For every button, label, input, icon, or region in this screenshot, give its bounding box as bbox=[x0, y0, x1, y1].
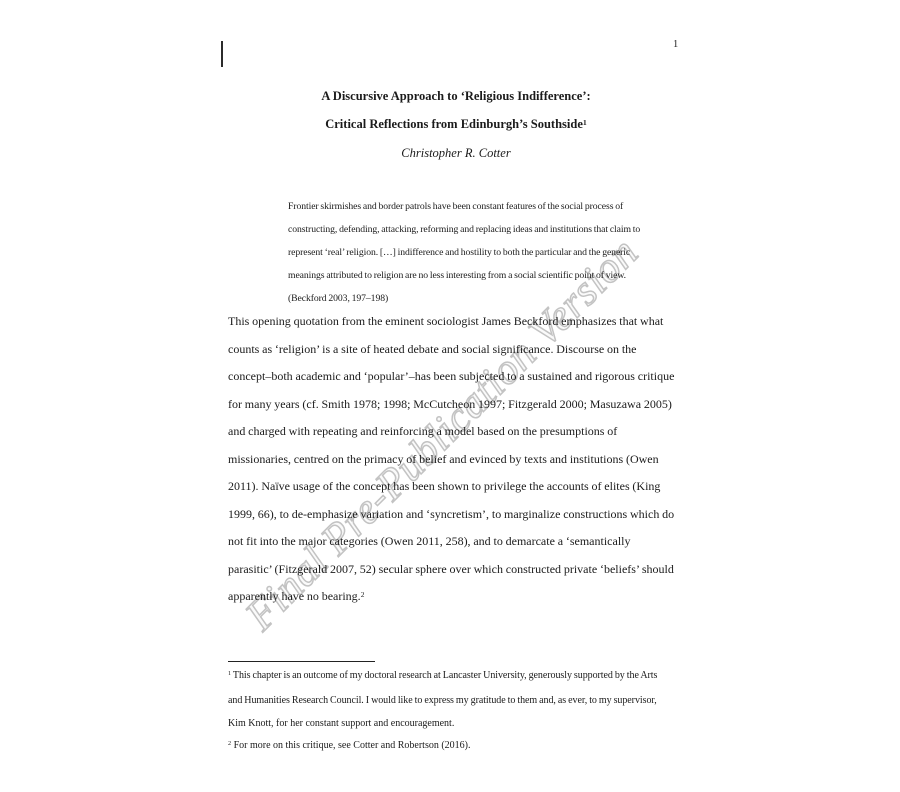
paper-title-line2-text: Critical Reflections from Edinburgh’s So… bbox=[325, 117, 583, 131]
body-line: This opening quotation from the eminent … bbox=[228, 308, 674, 336]
body-line: for many years (cf. Smith 1978; 1998; Mc… bbox=[228, 391, 674, 419]
quote-line: meanings attributed to religion are no l… bbox=[288, 264, 640, 287]
author-name: Christopher R. Cotter bbox=[228, 146, 684, 161]
footnote-line: 2 For more on this critique, see Cotter … bbox=[228, 734, 471, 759]
body-closing-text: apparently have no bearing. bbox=[228, 589, 361, 603]
footnote-separator bbox=[228, 661, 375, 662]
body-line: and charged with repeating and reinforci… bbox=[228, 418, 674, 446]
paper-title-line2: Critical Reflections from Edinburgh’s So… bbox=[228, 117, 684, 133]
block-quote: Frontier skirmishes and border patrols h… bbox=[288, 195, 640, 310]
footnote-2: 2 For more on this critique, see Cotter … bbox=[228, 734, 471, 759]
footnote-line: 1 This chapter is an outcome of my docto… bbox=[228, 664, 657, 689]
body-line: concept–both academic and ‘popular’–has … bbox=[228, 363, 674, 391]
footnote-1-text: This chapter is an outcome of my doctora… bbox=[233, 670, 657, 681]
body-line: parasitic’ (Fitzgerald 2007, 52) secular… bbox=[228, 556, 674, 584]
footnote-2-text: For more on this critique, see Cotter an… bbox=[234, 740, 471, 751]
body-footnote-marker: 2 bbox=[361, 590, 365, 599]
page-number: 1 bbox=[673, 39, 678, 50]
footnote-2-marker: 2 bbox=[228, 740, 231, 747]
footnote-1-marker: 1 bbox=[228, 670, 231, 677]
body-line: 1999, 66), to de-emphasize variation and… bbox=[228, 501, 674, 529]
body-line: counts as ‘religion’ is a site of heated… bbox=[228, 336, 674, 364]
body-line: 2011). Naïve usage of the concept has be… bbox=[228, 473, 674, 501]
document-page: Final Pre-Publication Version 1 A Discur… bbox=[0, 0, 900, 792]
paper-title-line1: A Discursive Approach to ‘Religious Indi… bbox=[228, 89, 684, 104]
footnote-line: Kim Knott, for her constant support and … bbox=[228, 712, 657, 736]
quote-citation: (Beckford 2003, 197–198) bbox=[288, 287, 640, 310]
quote-line: Frontier skirmishes and border patrols h… bbox=[288, 195, 640, 218]
quote-line: represent ‘real’ religion. […] indiffere… bbox=[288, 241, 640, 264]
body-line: not fit into the major categories (Owen … bbox=[228, 528, 674, 556]
body-paragraph: This opening quotation from the eminent … bbox=[228, 308, 674, 612]
margin-cursor-line bbox=[221, 41, 223, 67]
body-line: missionaries, centred on the primacy of … bbox=[228, 446, 674, 474]
footnote-1: 1 This chapter is an outcome of my docto… bbox=[228, 664, 657, 736]
title-footnote-marker: 1 bbox=[583, 118, 587, 127]
footnote-line: and Humanities Research Council. I would… bbox=[228, 689, 657, 713]
body-closing-line: apparently have no bearing.2 bbox=[228, 583, 674, 612]
quote-line: constructing, defending, attacking, refo… bbox=[288, 218, 640, 241]
